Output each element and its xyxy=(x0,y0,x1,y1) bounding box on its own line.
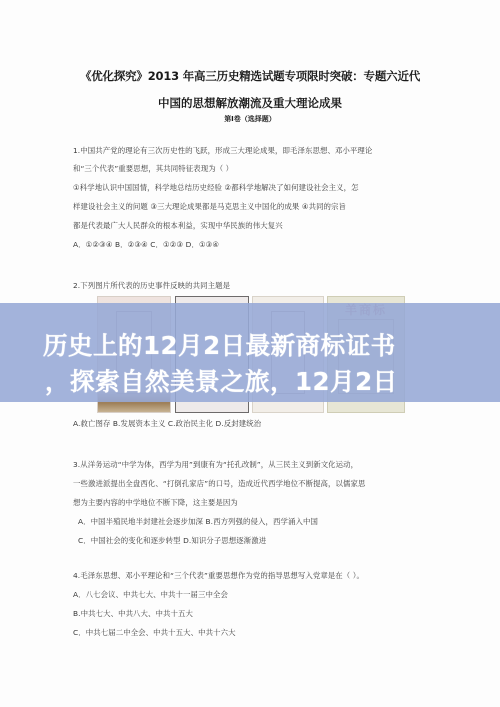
question-4-option-c: C．中共七届二中全会、中共十五大、中共十六大 xyxy=(73,627,236,638)
banner-headline-line-2: ，探索自然美景之旅，12月2日 xyxy=(45,363,475,398)
document-page: 《优化探究》2013 年高三历史精选试题专项限时突破：专题六近代 中国的思想解放… xyxy=(0,0,500,707)
question-2-options: A.救亡图存 B.发展资本主义 C.政治民主化 D.反封建统治 xyxy=(73,418,261,429)
question-4-line-1: 4.毛泽东思想、邓小平理论和“三个代表”重要思想作为党的指导思想写入党章是在（ … xyxy=(73,570,364,581)
question-1-line-4: 样建设社会主义的问题 ③三大理论成果都是马克思主义中国化的成果 ④共同的宗旨 xyxy=(73,201,346,212)
question-1-line-3: ①科学地认识中国国情，科学地总结历史经验 ②都科学地解决了如何建设社会主义，怎 xyxy=(73,182,359,193)
question-1-options: A．①②③④ B．②③④ C．①②③ D．①③④ xyxy=(73,239,219,250)
question-3-line-1: 3.从洋务运动“中学为体，西学为用”到康有为“托孔改制”，从三民主义到新文化运动… xyxy=(73,459,358,470)
question-1-line-2: 和“三个代表”重要思想，其共同特征表现为（ ） xyxy=(73,163,233,174)
document-title-line-1: 《优化探究》2013 年高三历史精选试题专项限时突破：专题六近代 xyxy=(0,68,500,84)
document-title-line-2: 中国的思想解放潮流及重大理论成果 xyxy=(0,95,500,111)
question-2-line-1: 2.下列图片所代表的历史事件反映的共同主题是 xyxy=(73,280,230,291)
question-1-line-5: 都是代表最广大人民群众的根本利益，实现中华民族的伟大复兴 xyxy=(73,220,283,231)
section-heading: 第Ⅰ卷（选择题） xyxy=(0,114,500,124)
question-1-line-1: 1.中国共产党的理论有三次历史性的飞跃，形成三大理论成果，即毛泽东思想、邓小平理… xyxy=(73,145,372,156)
question-4-option-b: B.中共七大、中共八大、中共十五大 xyxy=(73,608,193,619)
question-3-options-row-2: C．中国社会的变化和逐步转型 D.知识分子思想逐渐激进 xyxy=(78,535,266,546)
question-3-line-2: 一些激进派提出全盘西化、“打倒孔家店”的口号，造成近代西学地位不断提高，以儒家思 xyxy=(73,478,366,489)
question-4-option-a: A．八七会议、中共七大、中共十一届三中全会 xyxy=(73,589,228,600)
question-3-line-3: 想为主要内容的中学地位不断下降，这主要是因为 xyxy=(73,497,238,508)
banner-headline-line-1: 历史上的12月2日最新商标证书 xyxy=(43,327,473,362)
headline-banner: 历史上的12月2日最新商标证书 ，探索自然美景之旅，12月2日 xyxy=(0,303,500,402)
question-3-options-row-1: A．中国半殖民地半封建社会逐步加深 B.西方列强的侵入，西学涌入中国 xyxy=(78,516,318,527)
